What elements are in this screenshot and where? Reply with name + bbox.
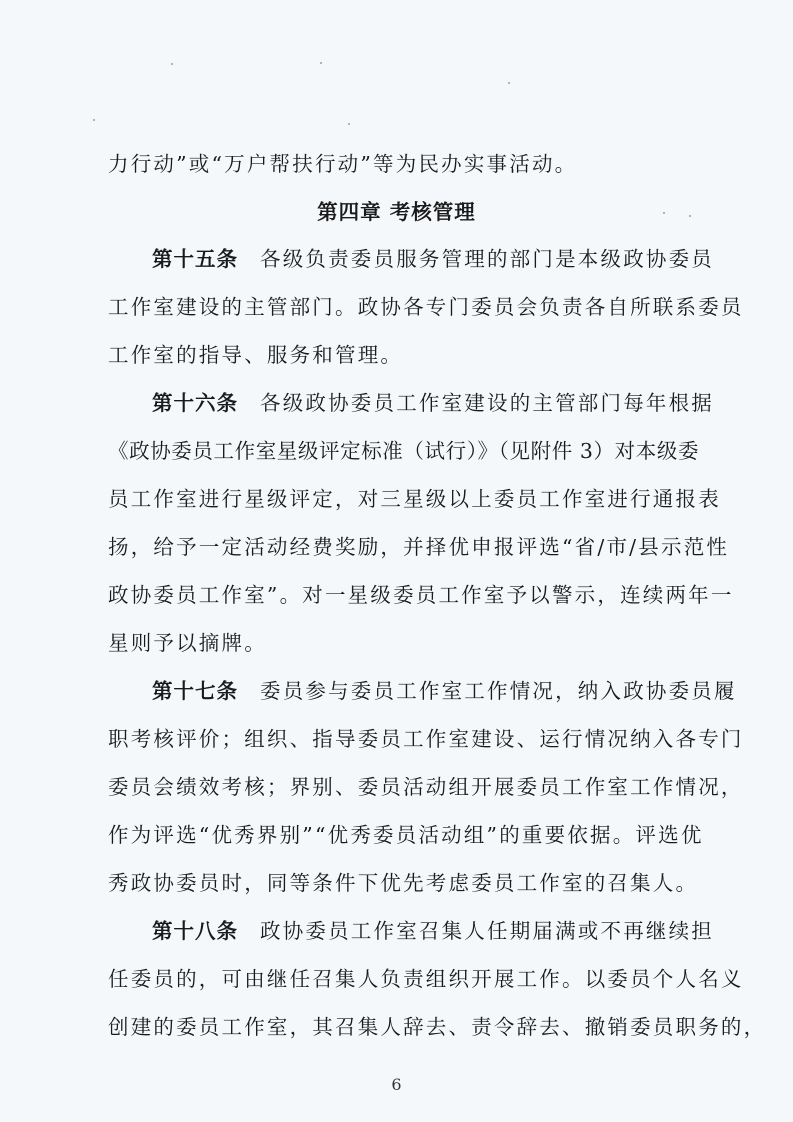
article-number: 第十八条	[152, 919, 238, 943]
article-16-line-3: 员工作室进行星级评定，对三星级以上委员工作室进行通报表	[108, 485, 708, 513]
article-15-line-2: 工作室建设的主管部门。政协各专门委员会负责各自所联系委员	[108, 293, 708, 321]
article-17-line-2: 职考核评价；组织、指导委员工作室建设、运行情况纳入各专门	[108, 725, 708, 753]
article-15-line-1: 第十五条各级负责委员服务管理的部门是本级政协委员	[152, 245, 752, 273]
article-18-line-2: 任委员的，可由继任召集人负责组织开展工作。以委员个人名义	[108, 965, 708, 993]
scan-speck	[348, 123, 350, 125]
article-17-line-1: 第十七条委员参与委员工作室工作情况，纳入政协委员履	[152, 677, 752, 705]
scan-speck	[171, 63, 173, 65]
scan-speck	[320, 62, 322, 64]
article-16-line-2: 《政协委员工作室星级评定标准（试行）》（见附件 3）对本级委	[108, 437, 708, 465]
scan-speck	[93, 119, 95, 121]
article-16-line-5: 政协委员工作室”。对一星级委员工作室予以警示，连续两年一	[108, 581, 708, 609]
article-number: 第十七条	[152, 679, 238, 703]
article-text: 各级政协委员工作室建设的主管部门每年根据	[260, 391, 714, 415]
article-16-line-6: 星则予以摘牌。	[108, 629, 708, 657]
article-text: 政协委员工作室召集人任期届满或不再继续担	[260, 919, 714, 943]
article-16-line-1: 第十六条各级政协委员工作室建设的主管部门每年根据	[152, 389, 752, 417]
article-18-line-1: 第十八条政协委员工作室召集人任期届满或不再继续担	[152, 917, 752, 945]
paragraph-continuation: 力行动”或“万户帮扶行动”等为民办实事活动。	[108, 150, 708, 178]
document-page: 力行动”或“万户帮扶行动”等为民办实事活动。 第四章 考核管理 第十五条各级负责…	[0, 0, 793, 1122]
article-16-line-4: 扬，给予一定活动经费奖励，并择优申报评选“省/市/县示范性	[108, 533, 708, 561]
chapter-title: 第四章 考核管理	[0, 198, 793, 226]
article-text: 委员参与委员工作室工作情况，纳入政协委员履	[260, 679, 737, 703]
article-17-line-4: 作为评选“优秀界别”“优秀委员活动组”的重要依据。评选优	[108, 821, 708, 849]
scan-speck	[508, 82, 510, 84]
article-number: 第十六条	[152, 391, 238, 415]
article-18-line-3: 创建的委员工作室，其召集人辞去、责令辞去、撤销委员职务的，	[108, 1013, 708, 1041]
article-15-line-3: 工作室的指导、服务和管理。	[108, 341, 708, 369]
article-17-line-5: 秀政协委员时，同等条件下优先考虑委员工作室的召集人。	[108, 869, 708, 897]
article-text: 各级负责委员服务管理的部门是本级政协委员	[260, 247, 714, 271]
article-number: 第十五条	[152, 247, 238, 271]
article-17-line-3: 委员会绩效考核；界别、委员活动组开展委员工作室工作情况，	[108, 773, 708, 801]
page-number: 6	[0, 1075, 793, 1095]
